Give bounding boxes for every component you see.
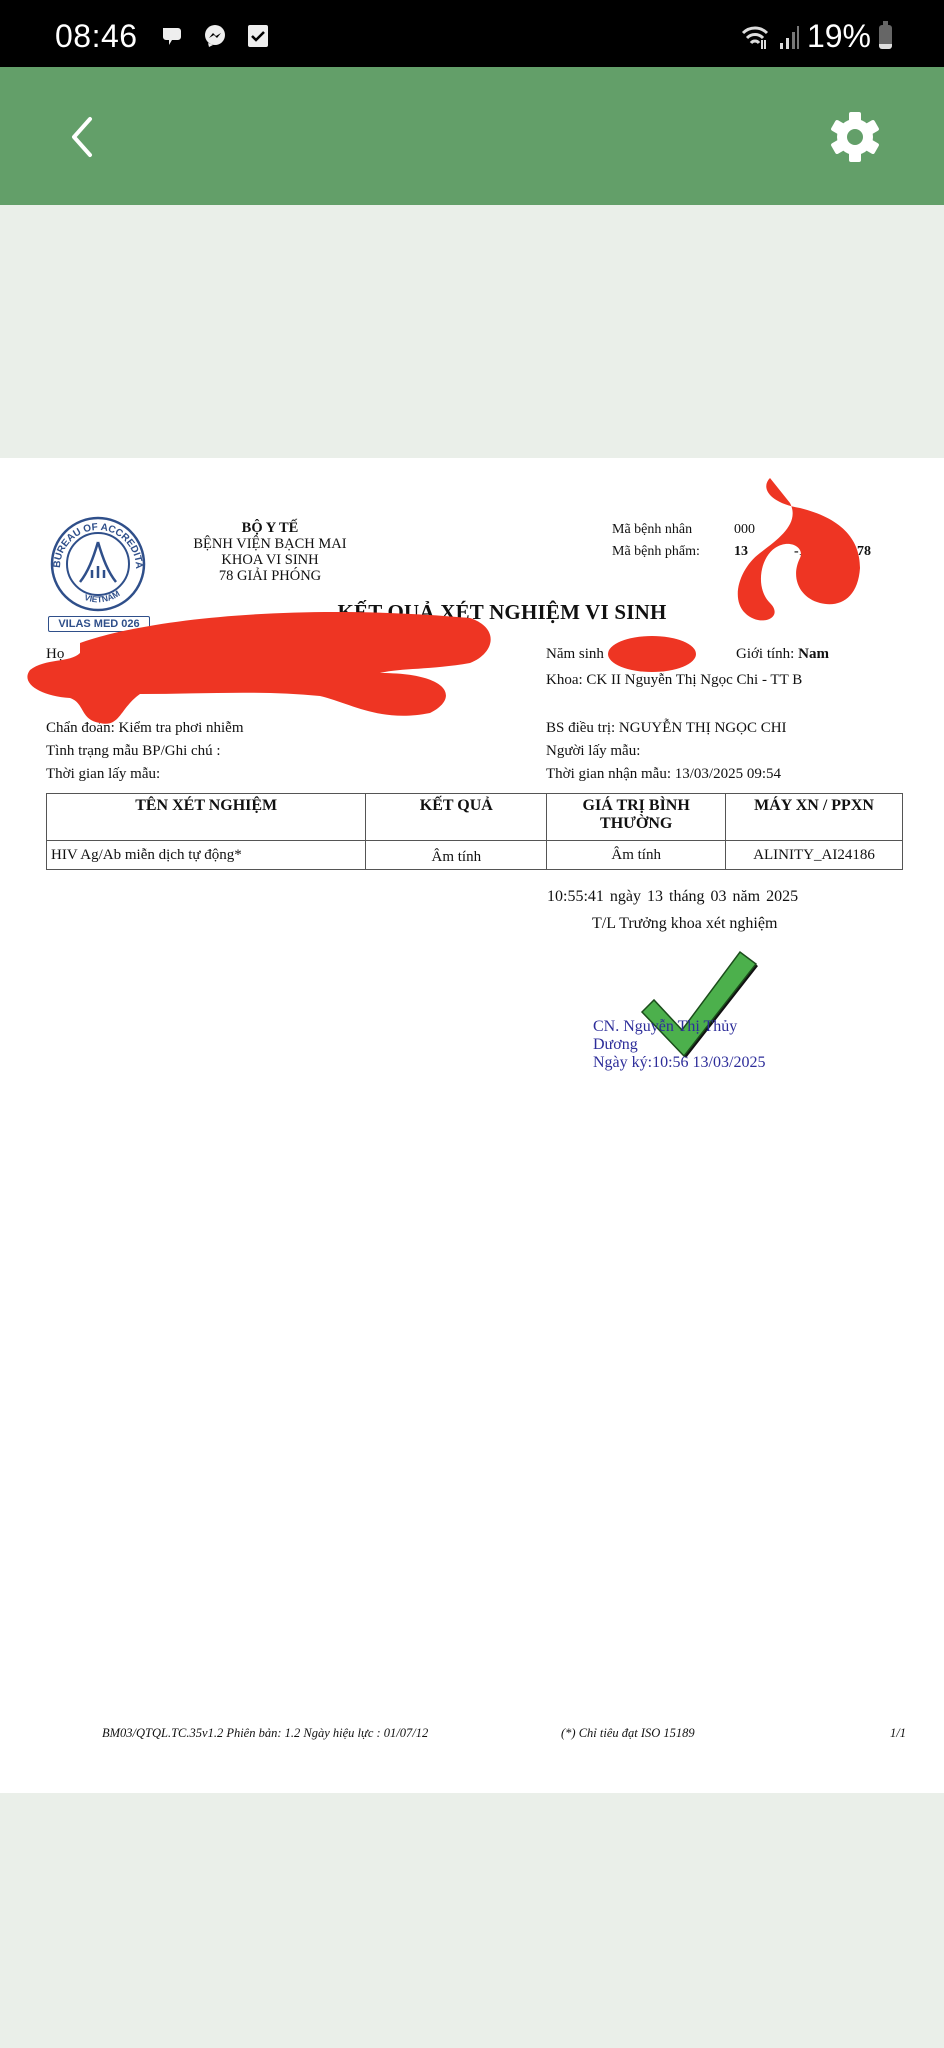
status-time: 08:46: [55, 18, 138, 55]
sample-time-label: Thời gian lấy mẫu:: [46, 766, 160, 783]
app-bar: [0, 67, 944, 205]
back-button[interactable]: [60, 107, 120, 167]
checkbox-icon: [246, 24, 270, 48]
iso-note: (*) Chỉ tiêu đạt ISO 15189: [561, 1726, 695, 1741]
chevron-left-icon: [74, 119, 90, 155]
table-row: HIV Ag/Ab miễn dịch tự động* Âm tính Âm …: [47, 841, 903, 870]
result-cell: Âm tính: [366, 841, 547, 870]
messenger-icon: [203, 24, 227, 48]
results-table: TÊN XÉT NGHIỆM KẾT QUẢ GIÁ TRỊ BÌNH THƯỜ…: [46, 793, 903, 870]
test-name-cell: HIV Ag/Ab miễn dịch tự động*: [47, 841, 366, 870]
battery-percent: 19%: [807, 18, 871, 55]
col-normal-value: GIÁ TRỊ BÌNH THƯỜNG: [547, 794, 726, 841]
status-bar: 08:46 19%: [0, 0, 944, 67]
report-datetime: 10:55:41 ngày 13 tháng 03 năm 2025: [547, 888, 798, 906]
gear-icon: [830, 112, 879, 162]
page-number: 1/1: [890, 1726, 906, 1741]
col-test-name: TÊN XÉT NGHIỆM: [47, 794, 366, 841]
lab-result-document: BUREAU OF ACCREDITATION VIETNAM VILAS ME…: [0, 458, 944, 1793]
signer-role: T/L Trưởng khoa xét nghiệm: [592, 915, 777, 933]
signer-name: CN. Nguyễn Thị Thủy Dương Ngày ký:10:56 …: [593, 1018, 765, 1072]
battery-icon: [879, 25, 892, 49]
col-machine: MÁY XN / PPXN: [726, 794, 903, 841]
redaction-marks: [0, 458, 944, 758]
settings-button[interactable]: [820, 107, 890, 167]
form-code: BM03/QTQL.TC.35v1.2 Phiên bản: 1.2 Ngày …: [102, 1726, 428, 1741]
col-result: KẾT QUẢ: [366, 794, 547, 841]
normal-value-cell: Âm tính: [547, 841, 726, 870]
machine-cell: ALINITY_AI24186: [726, 841, 903, 870]
chat-bubble-icon: [160, 24, 184, 48]
wifi-icon: [741, 23, 771, 51]
signed-at: Ngày ký:10:56 13/03/2025: [593, 1054, 765, 1072]
signal-icon: [779, 24, 799, 50]
received-time-row: Thời gian nhận mẫu: 13/03/2025 09:54: [546, 766, 781, 783]
table-header-row: TÊN XÉT NGHIỆM KẾT QUẢ GIÁ TRỊ BÌNH THƯỜ…: [47, 794, 903, 841]
